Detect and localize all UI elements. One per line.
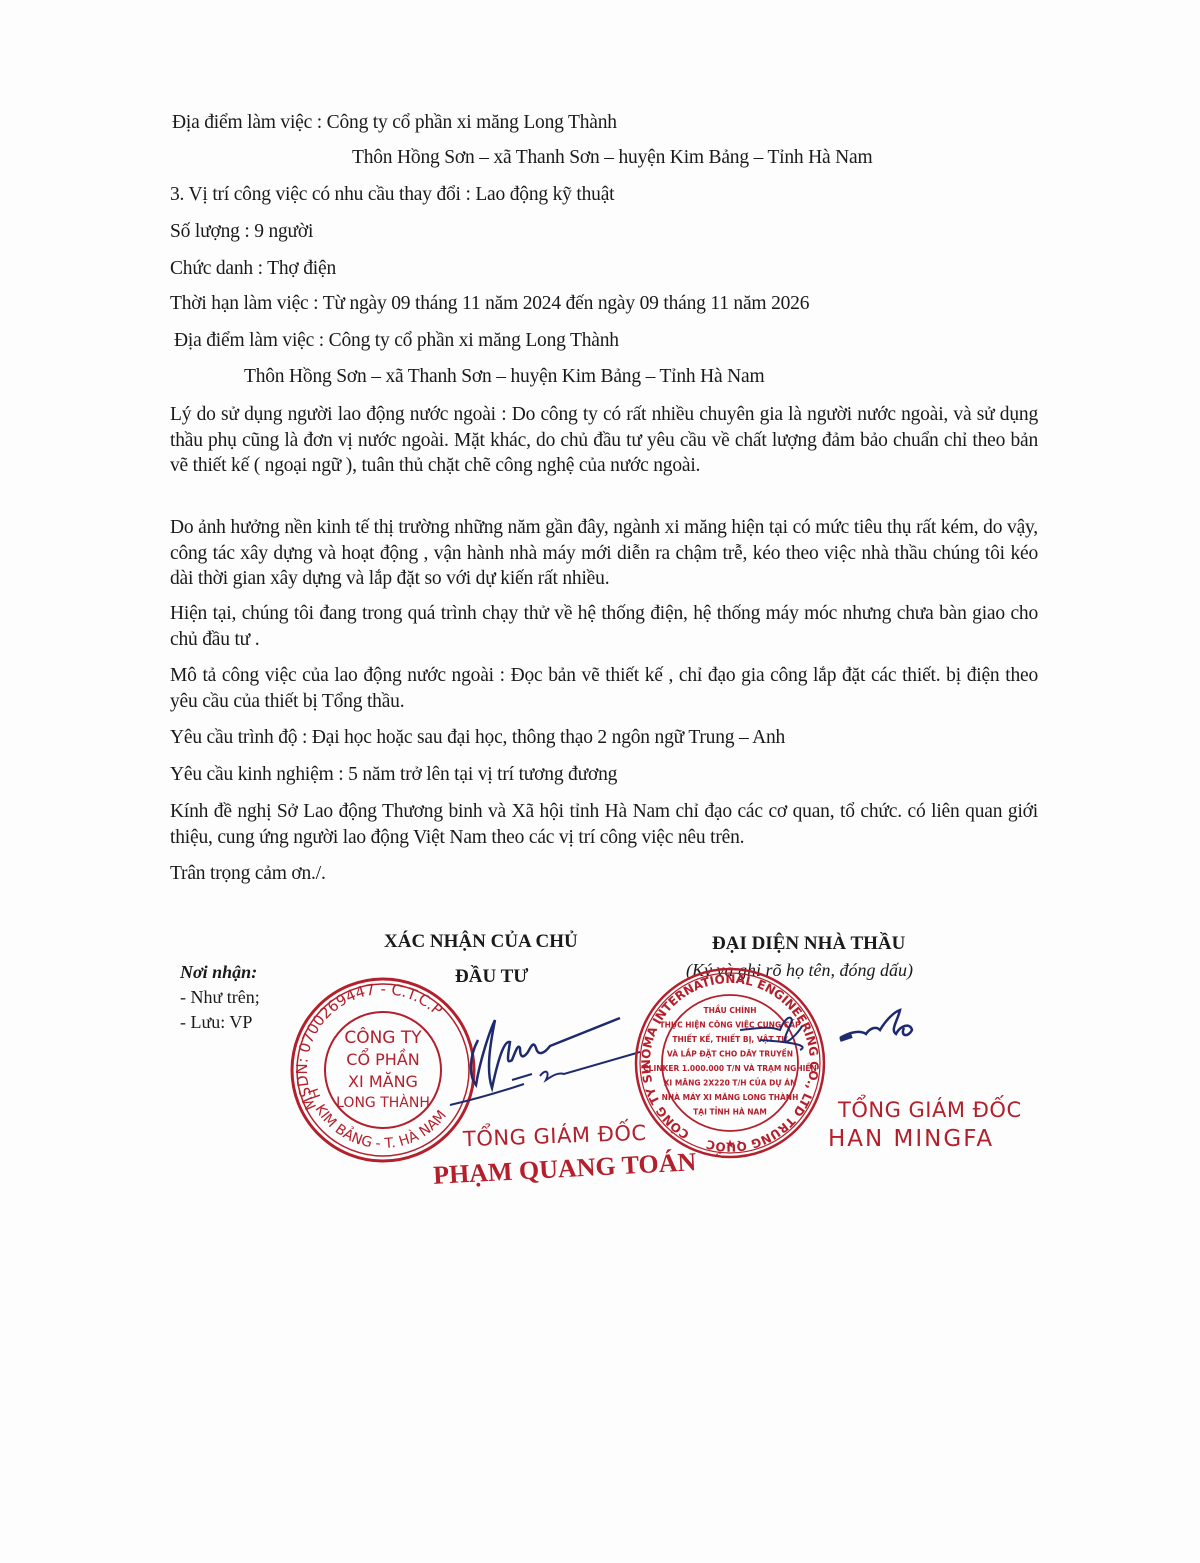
investor-title: TỔNG GIÁM ĐỐC bbox=[463, 1121, 647, 1151]
job-description-paragraph: Mô tả công việc của lao động nước ngoài … bbox=[170, 663, 1038, 714]
recipients-block: Nơi nhận: - Như trên; - Lưu: VP bbox=[180, 960, 260, 1035]
svg-text:NHÀ MÁY XI MĂNG LONG THÀNH: NHÀ MÁY XI MĂNG LONG THÀNH bbox=[662, 1093, 799, 1102]
svg-text:CỔ PHẦN: CỔ PHẦN bbox=[346, 1048, 419, 1069]
investor-signature-icon bbox=[440, 1000, 640, 1110]
svg-text:XI MĂNG 2X220 T/H CỦA DỰ ÁN: XI MĂNG 2X220 T/H CỦA DỰ ÁN bbox=[664, 1078, 797, 1088]
position-3: 3. Vị trí công việc có nhu cầu thay đổi … bbox=[170, 183, 614, 207]
job-title: Chức danh : Thợ điện bbox=[170, 257, 336, 281]
closing: Trân trọng cảm ơn./. bbox=[170, 862, 326, 886]
quantity: Số lượng : 9 người bbox=[170, 220, 313, 244]
contractor-heading: ĐẠI DIỆN NHÀ THẦU bbox=[712, 933, 905, 955]
experience-requirement: Yêu cầu kinh nghiệm : 5 năm trở lên tại … bbox=[170, 763, 617, 787]
contractor-signature-icon bbox=[740, 1000, 960, 1070]
recipient-item: - Lưu: VP bbox=[180, 1010, 260, 1035]
svg-text:TẠI TỈNH HÀ NAM: TẠI TỈNH HÀ NAM bbox=[693, 1107, 767, 1117]
document-page: Địa điểm làm việc : Công ty cổ phần xi m… bbox=[0, 0, 1200, 1563]
economy-paragraph: Do ảnh hưởng nền kinh tế thị trường nhữn… bbox=[170, 515, 1038, 592]
contractor-title: TỔNG GIÁM ĐỐC bbox=[838, 1098, 1022, 1122]
work-term: Thời hạn làm việc : Từ ngày 09 tháng 11 … bbox=[170, 292, 809, 316]
contractor-name: HAN MINGFA bbox=[828, 1126, 994, 1152]
svg-text:LONG THÀNH: LONG THÀNH bbox=[336, 1094, 430, 1111]
request-paragraph: Kính đề nghị Sở Lao động Thương binh và … bbox=[170, 799, 1038, 850]
work-address-2: Thôn Hồng Sơn – xã Thanh Sơn – huyện Kim… bbox=[244, 365, 764, 389]
svg-text:XI MĂNG: XI MĂNG bbox=[348, 1072, 418, 1091]
investor-heading-line1: XÁC NHẬN CỦA CHỦ bbox=[384, 931, 578, 953]
recipient-item: - Như trên; bbox=[180, 985, 260, 1010]
work-address-1: Thôn Hồng Sơn – xã Thanh Sơn – huyện Kim… bbox=[352, 146, 872, 170]
svg-text:CÔNG TY: CÔNG TY bbox=[344, 1026, 422, 1048]
work-location-1: Địa điểm làm việc : Công ty cổ phần xi m… bbox=[172, 111, 617, 135]
work-location-2: Địa điểm làm việc : Công ty cổ phần xi m… bbox=[174, 329, 619, 353]
current-status-paragraph: Hiện tại, chúng tôi đang trong quá trình… bbox=[170, 601, 1038, 652]
education-requirement: Yêu cầu trình độ : Đại học hoặc sau đại … bbox=[170, 726, 785, 750]
svg-text:★: ★ bbox=[725, 1137, 736, 1151]
recipients-heading: Nơi nhận: bbox=[180, 960, 260, 985]
reason-paragraph: Lý do sử dụng người lao động nước ngoài … bbox=[170, 402, 1038, 479]
